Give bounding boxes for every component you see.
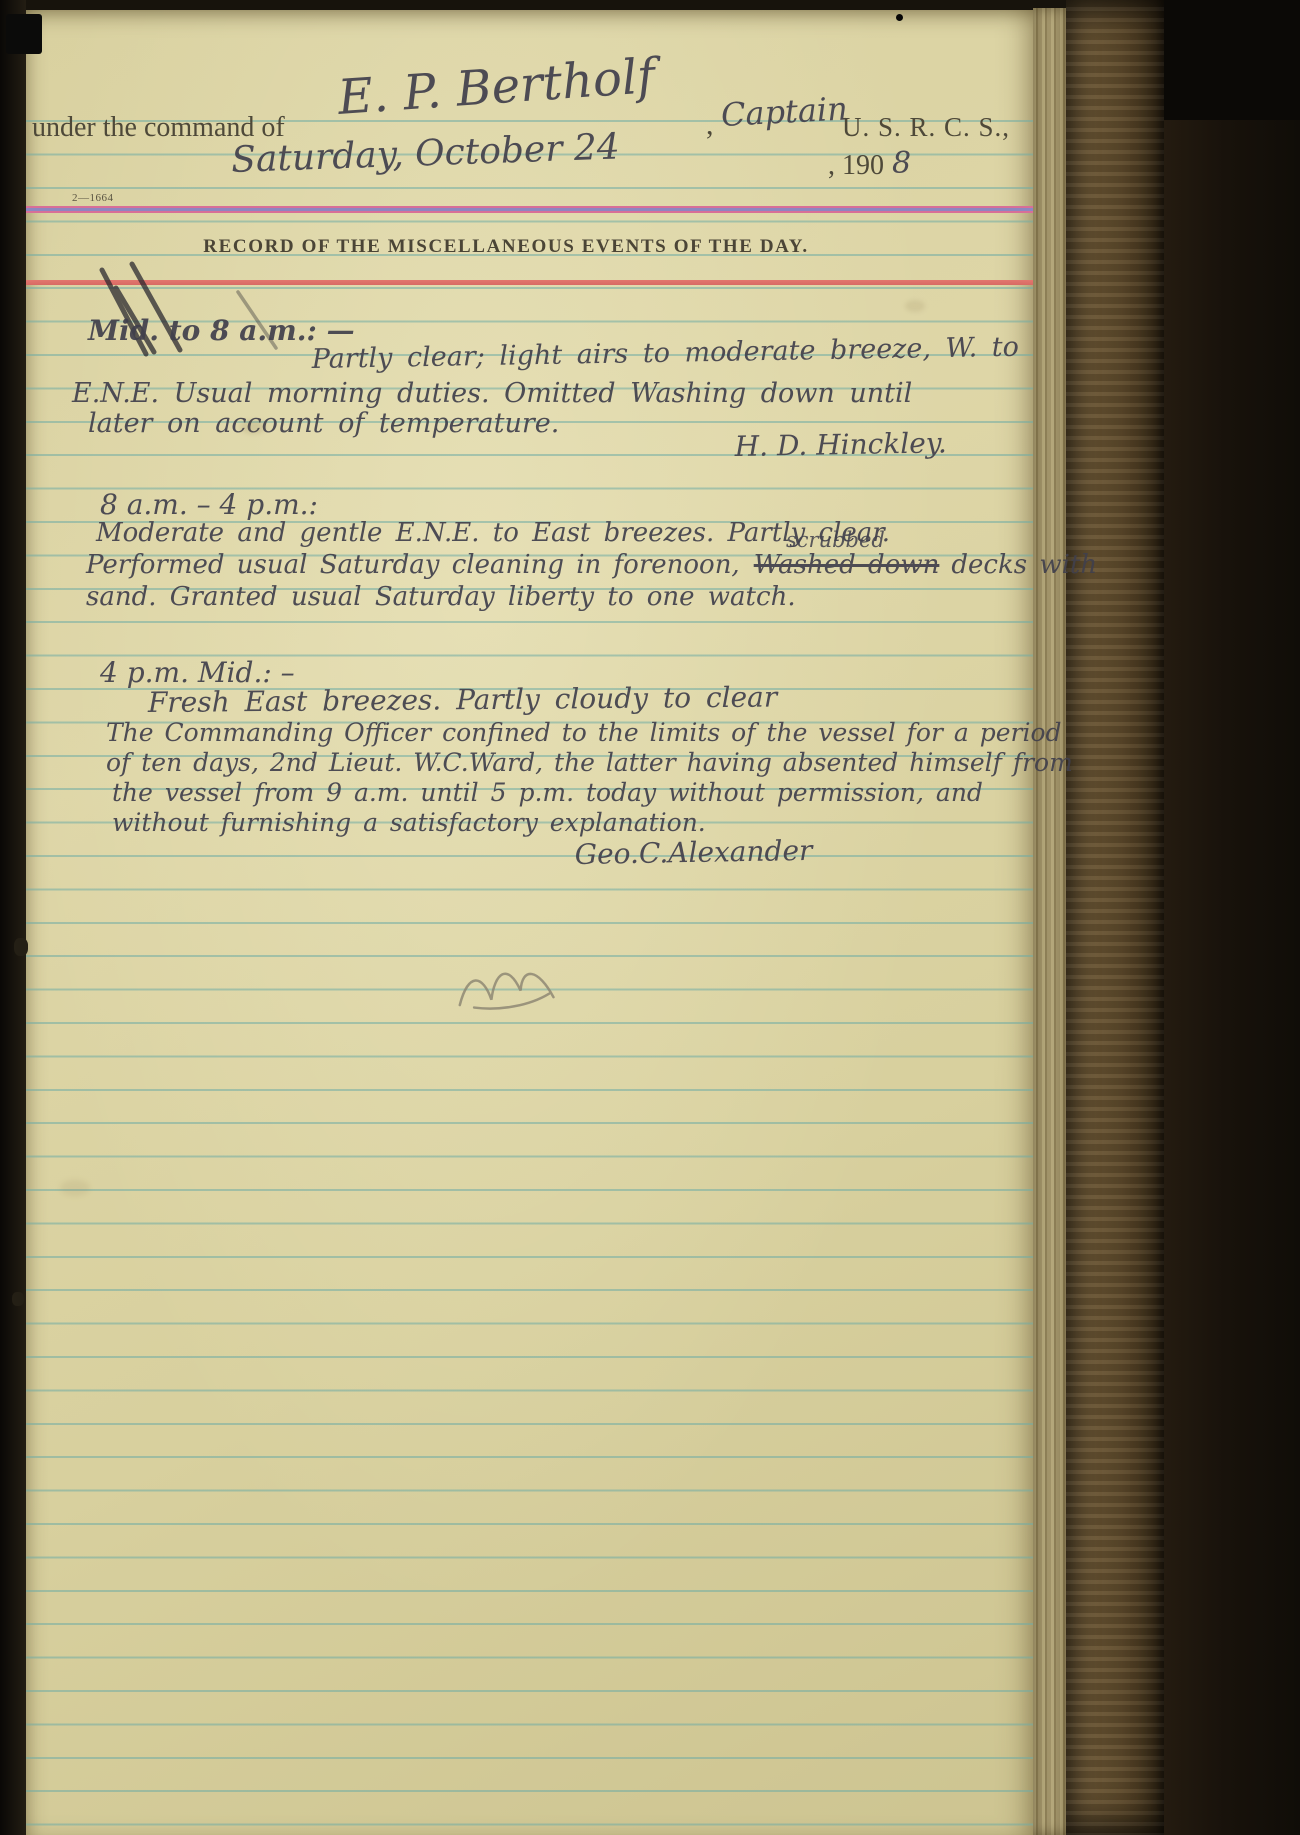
ink-smudge — [88, 262, 328, 362]
entry-2-struck-words: Washed down — [754, 550, 940, 580]
entry-3-signature: Geo.C.Alexander — [574, 834, 812, 871]
pencil-scribble — [449, 952, 564, 1018]
rank-handwritten: Captain — [720, 89, 849, 134]
entry-3-line-1: Fresh East breezes. Partly cloudy to cle… — [148, 681, 778, 719]
entry-2-heading: 8 a.m. – 4 p.m.: — [100, 488, 318, 521]
entry-3-line-5: without furnishing a satisfactory explan… — [112, 808, 706, 837]
entry-1-heading: Mid. to 8 a.m.: — — [88, 314, 355, 347]
entry-1-line-2: E.N.E. Usual morning duties. Omitted Was… — [72, 378, 912, 409]
header-double-rule — [26, 206, 1034, 213]
background — [1164, 0, 1300, 1835]
corner-shadow — [1164, 0, 1300, 120]
entry-2-inserted-word: scrubbed — [786, 528, 885, 552]
paper-stain — [60, 1180, 90, 1196]
paper-stain — [905, 300, 925, 312]
binder-tab — [6, 14, 42, 54]
ink-dot — [896, 14, 903, 21]
service-label: U. S. R. C. S., — [842, 112, 1010, 143]
entry-2-line-1: Moderate and gentle E.N.E. to East breez… — [96, 518, 890, 548]
year-digit-handwritten: 8 — [892, 146, 911, 181]
edge-mark — [12, 1292, 24, 1306]
form-number: 2—1664 — [72, 192, 114, 204]
entry-3-line-4: the vessel from 9 a.m. until 5 p.m. toda… — [112, 778, 983, 807]
entry-3-line-2: The Commanding Officer confined to the l… — [106, 718, 1062, 747]
comma-printed: , — [706, 108, 714, 142]
year-printed: , 190 — [828, 150, 884, 182]
book-binding — [1066, 0, 1166, 1835]
left-page-edge — [0, 0, 26, 1835]
page-edges — [1033, 8, 1067, 1835]
entry-1-line-3: later on account of temperature. — [88, 408, 559, 439]
entry-2-line-2-cont: decks with — [951, 550, 1097, 580]
record-title: RECORD OF THE MISCELLANEOUS EVENTS OF TH… — [26, 236, 986, 258]
entry-2-line-2-text: Performed usual Saturday cleaning in for… — [86, 550, 740, 580]
entry-2-line-2: Performed usual Saturday cleaning in for… — [86, 550, 1097, 580]
entry-3-line-3: of ten days, 2nd Lieut. W.C.Ward, the la… — [106, 748, 1073, 777]
logbook-scan: under the command of E. P. Bertholf , Ca… — [0, 0, 1300, 1835]
edge-mark — [14, 938, 28, 956]
entry-1-signature: H. D. Hinckley. — [734, 426, 947, 463]
entry-2-line-3: sand. Granted usual Saturday liberty to … — [86, 582, 796, 612]
paper-stain — [240, 420, 266, 434]
